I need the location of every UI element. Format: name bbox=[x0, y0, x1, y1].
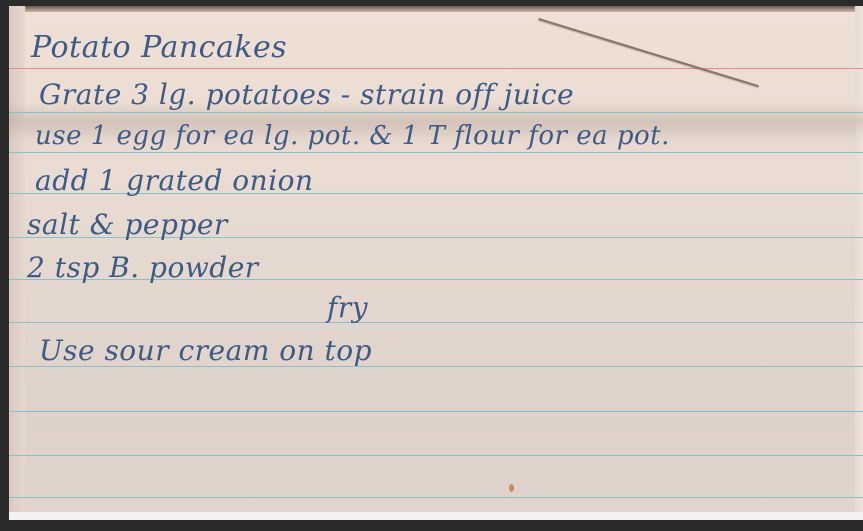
blue-rule-line bbox=[9, 112, 863, 113]
recipe-line-5: 2 tsp B. powder bbox=[27, 251, 259, 284]
red-rule-line bbox=[9, 68, 863, 69]
card-top-edge bbox=[9, 6, 863, 12]
card-right-edge bbox=[855, 6, 863, 512]
recipe-title: Potato Pancakes bbox=[31, 30, 287, 65]
stain-spot bbox=[509, 484, 514, 492]
recipe-line-6: fry bbox=[327, 291, 368, 324]
blue-rule-line bbox=[9, 152, 863, 153]
recipe-line-4: salt & pepper bbox=[27, 208, 228, 241]
recipe-card: Potato Pancakes Grate 3 lg. potatoes - s… bbox=[9, 6, 863, 520]
blue-rule-line bbox=[9, 322, 863, 323]
recipe-line-2: use 1 egg for ea lg. pot. & 1 T flour fo… bbox=[35, 121, 670, 151]
recipe-line-1: Grate 3 lg. potatoes - strain off juice bbox=[39, 78, 574, 111]
recipe-line-3: add 1 grated onion bbox=[35, 164, 314, 197]
blue-rule-line bbox=[9, 455, 863, 456]
card-bottom-edge bbox=[9, 512, 863, 520]
card-left-edge bbox=[9, 6, 25, 512]
recipe-line-7: Use sour cream on top bbox=[39, 334, 372, 367]
card-crease bbox=[538, 18, 759, 87]
blue-rule-line bbox=[9, 411, 863, 412]
blue-rule-line bbox=[9, 497, 863, 498]
